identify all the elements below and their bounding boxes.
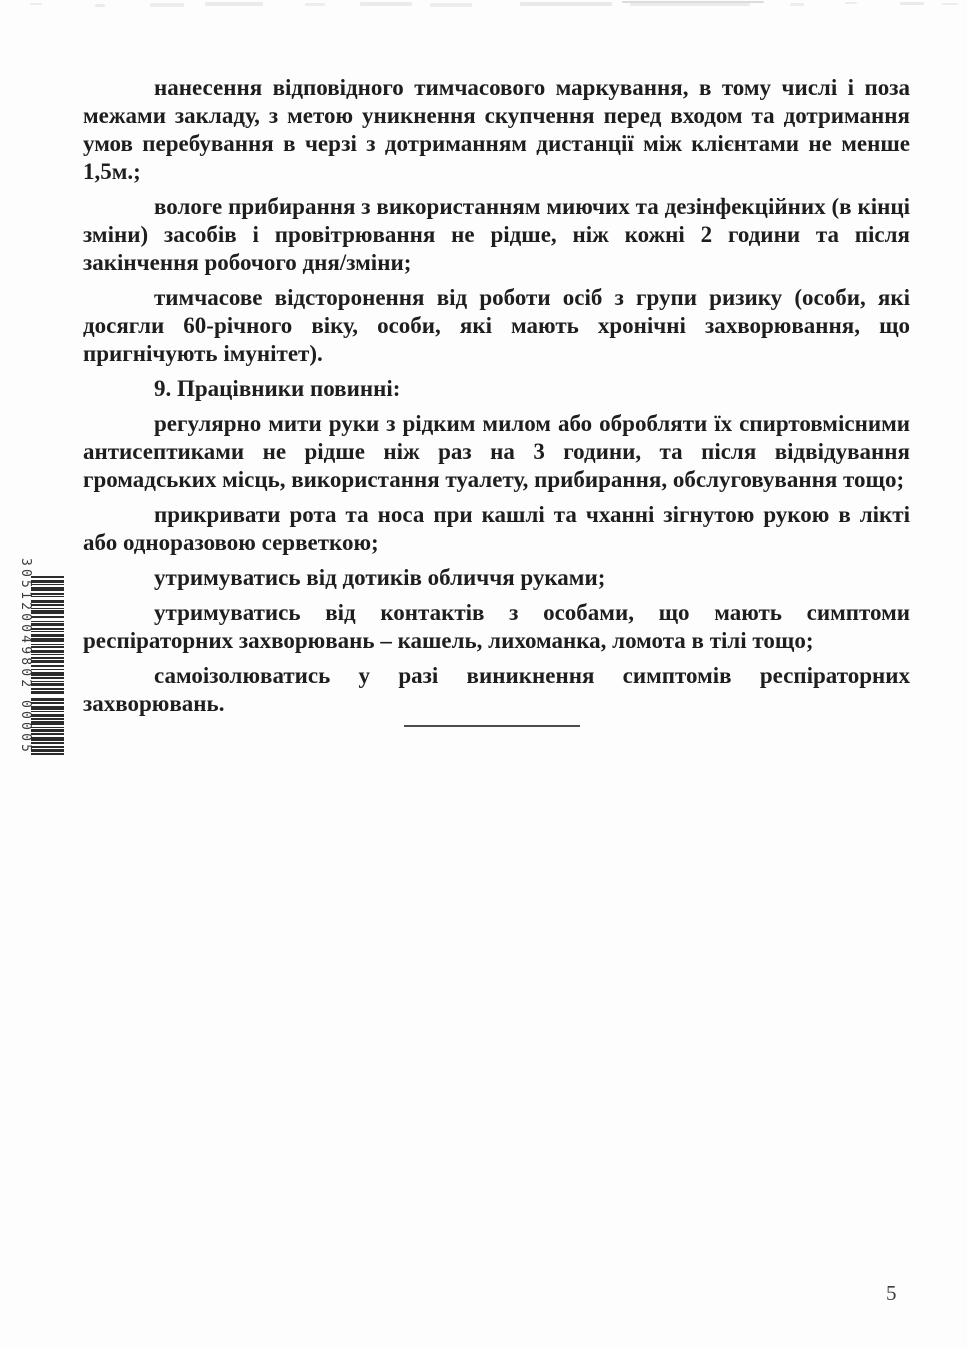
barcode-upper-bars <box>31 576 64 694</box>
doc-paragraph: тимчасове відсторонення від роботи осіб … <box>83 284 910 368</box>
doc-paragraph: самоізолюватись у разі виникнення симпто… <box>83 662 910 718</box>
doc-paragraph: прикривати рота та носа при кашлі та чха… <box>83 501 910 557</box>
doc-paragraph: нанесення відповідного тимчасового марку… <box>83 74 910 186</box>
doc-paragraph: регулярно мити руки з рідким милом або о… <box>83 410 910 494</box>
document-text-block: нанесення відповідного тимчасового марку… <box>83 74 910 725</box>
doc-section-heading: 9. Працівники повинні: <box>83 375 910 403</box>
doc-paragraph: утримуватись від дотиків обличчя руками; <box>83 564 910 592</box>
scan-artifacts <box>0 0 967 10</box>
doc-paragraph: утримуватись від контактів з особами, що… <box>83 599 910 655</box>
page-number: 5 <box>886 1281 897 1306</box>
barcode-lower-bars <box>31 698 64 755</box>
separator-line <box>404 725 580 727</box>
scanned-page: нанесення відповідного тимчасового марку… <box>0 0 967 1349</box>
doc-paragraph: вологе прибирання з використанням миючих… <box>83 193 910 277</box>
document-page: { "page": { "number": "5", "paper_color"… <box>0 0 967 1349</box>
